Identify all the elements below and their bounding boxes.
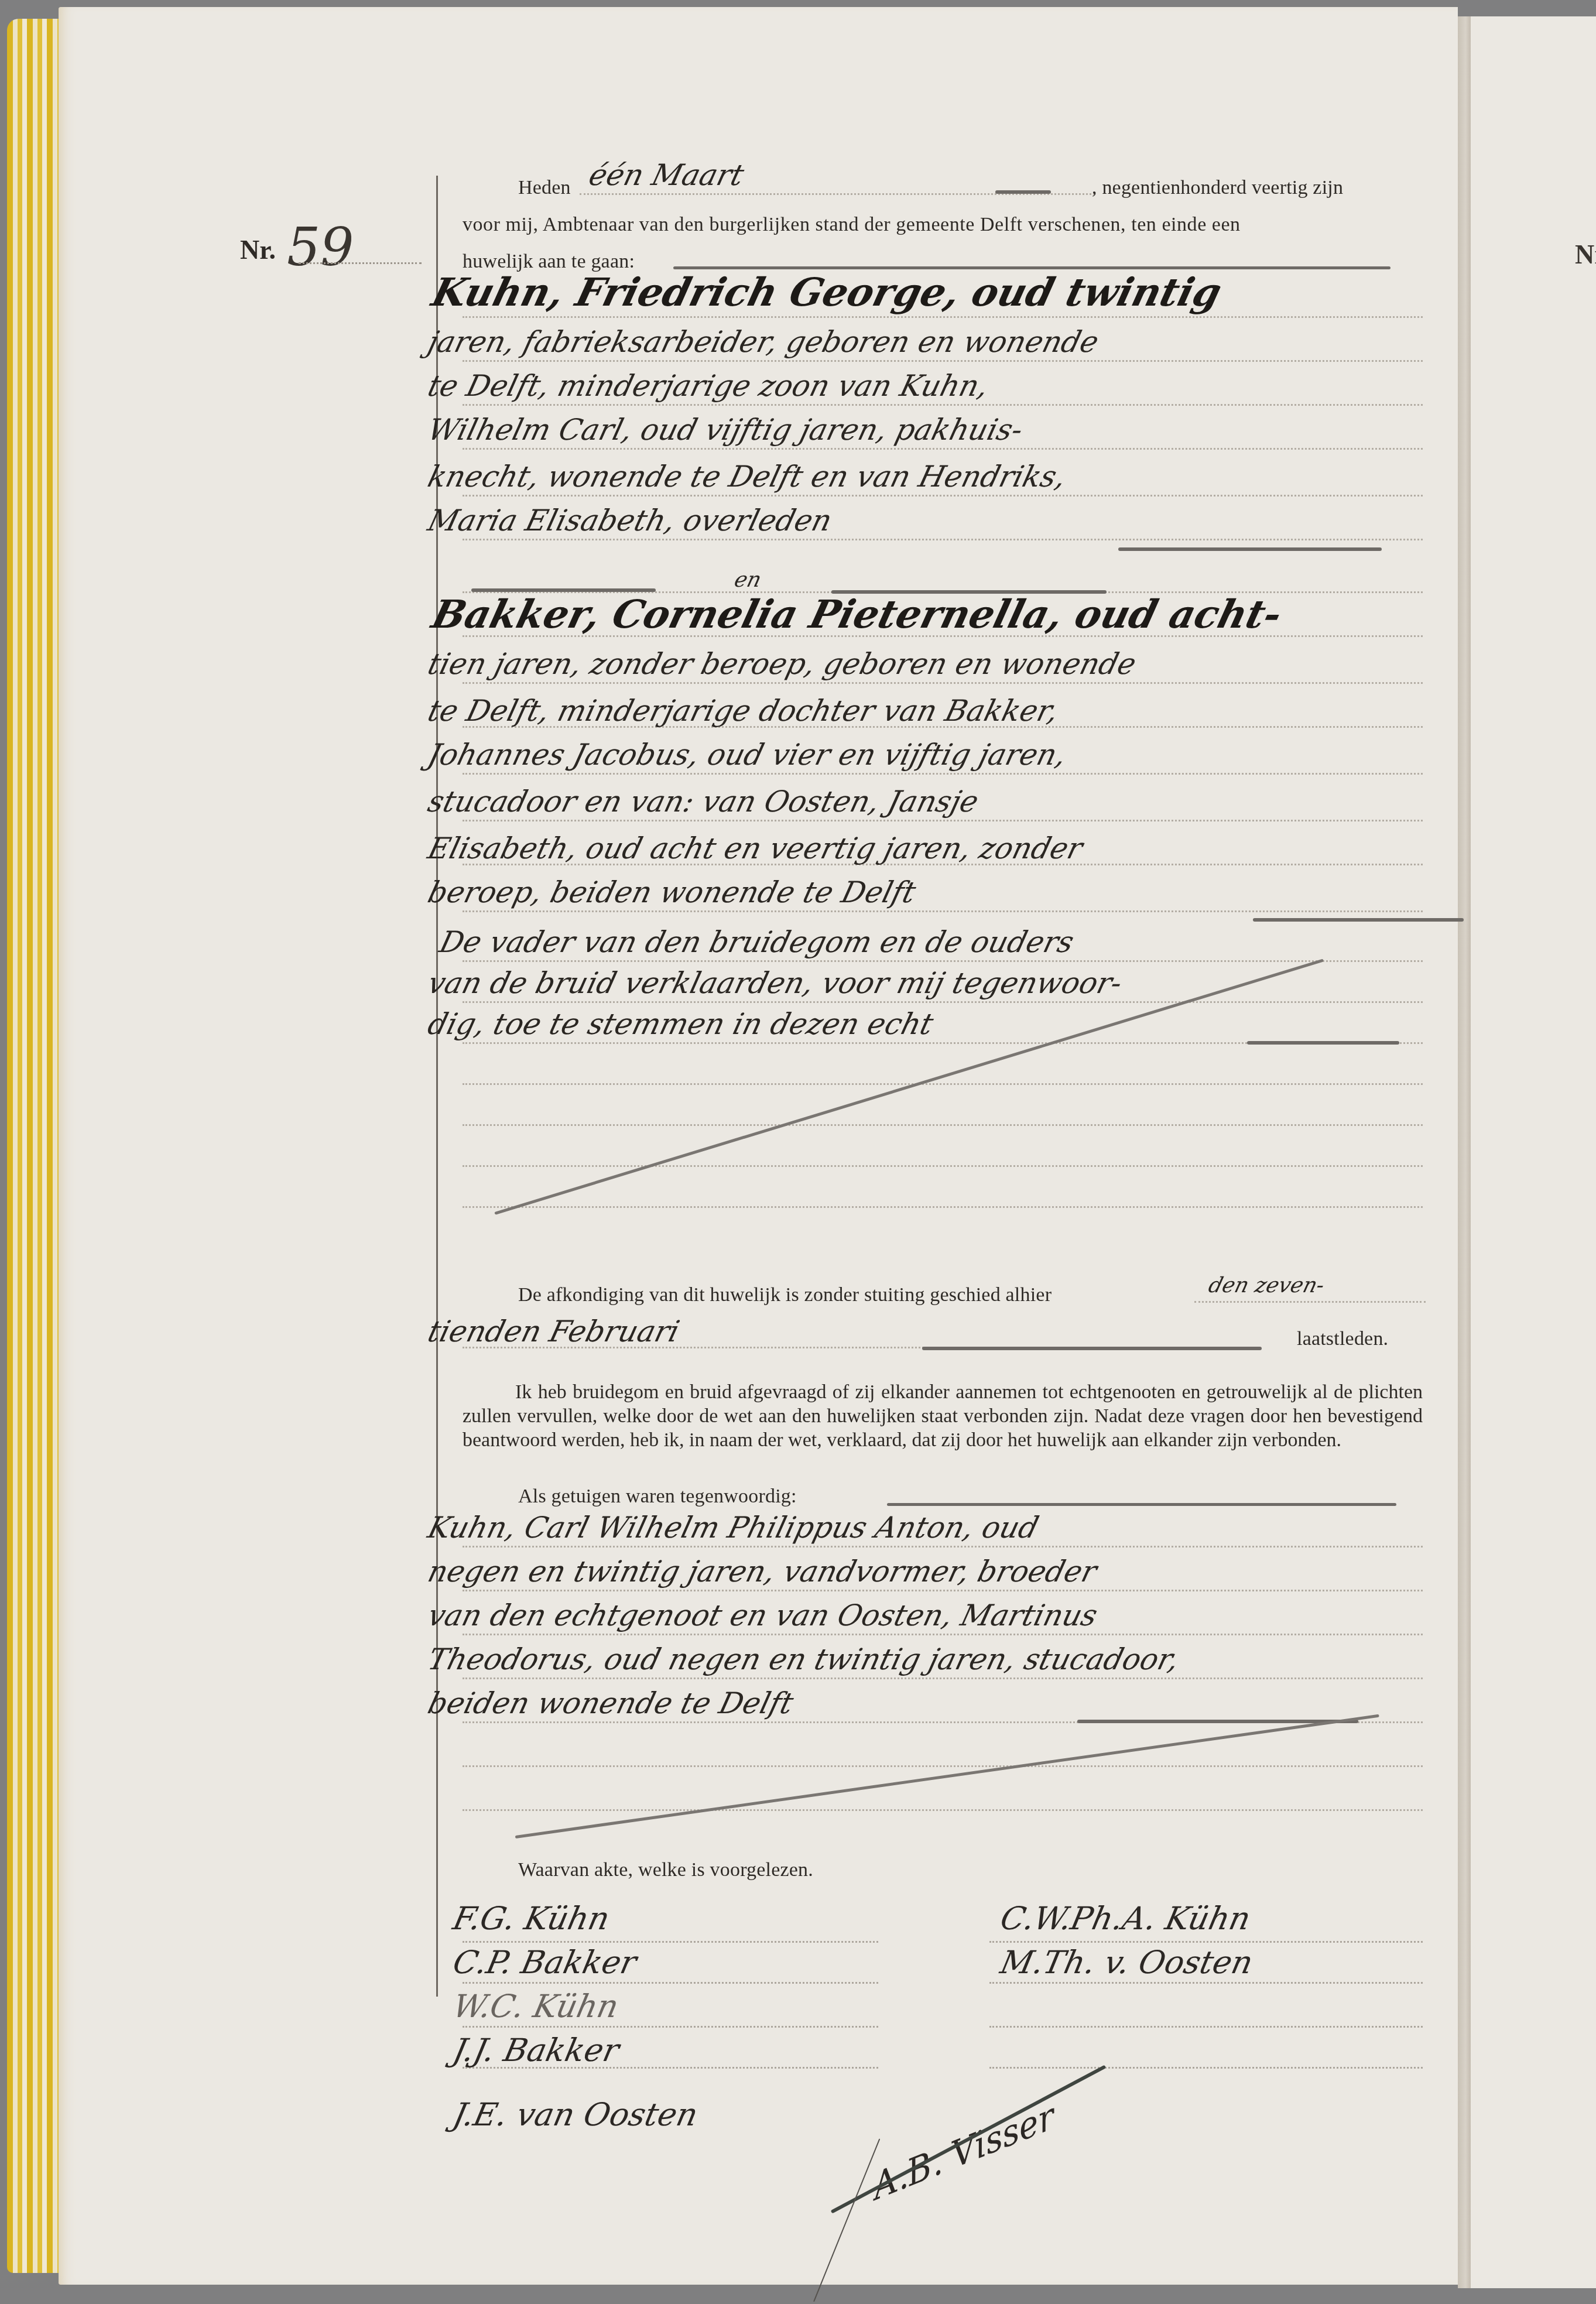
record-number-label: Nr. [240, 234, 276, 265]
year-text: , negentienhonderd veertig zijn [1092, 177, 1343, 199]
consent-line-1: De vader van den bruidegom en de ouders [436, 925, 1077, 959]
bride-line-7: beroep, beiden wonende te Delft [424, 875, 919, 909]
bride-line-5: stucadoor en van: van Oosten, Jansje [424, 785, 982, 819]
ruled-line [463, 820, 1423, 821]
fill-dash [1253, 918, 1464, 922]
ruled-line [463, 1590, 1423, 1591]
bride-line-3: te Delft, minderjarige dochter van Bakke… [424, 694, 1062, 728]
ruled-line [463, 1546, 1423, 1548]
ruled-line [463, 1124, 1423, 1126]
ruled-line [463, 1083, 1423, 1085]
ruled-line [463, 682, 1423, 684]
ruled-line [463, 404, 1423, 406]
bride-line-6: Elisabeth, oud acht en veertig jaren, zo… [424, 831, 1086, 865]
header-line-2: voor mij, Ambtenaar van den burgerlijken… [463, 214, 1241, 236]
fill-dash [887, 1503, 1396, 1506]
groom-line-2: jaren, fabrieksarbeider, geboren en wone… [424, 325, 1102, 359]
signature-bride-mother: J.E. van Oosten [450, 2096, 701, 2133]
signature-witness-1: C.W.Ph.A. Kühn [997, 1900, 1253, 1937]
margin-rule [436, 176, 438, 1997]
book-gutter [1458, 16, 1471, 2288]
declaration-paragraph: Ik heb bruidegom en bruid afgevraagd of … [463, 1380, 1423, 1452]
announcement-date-2: tienden Februari [424, 1314, 683, 1348]
ruled-line [463, 1634, 1423, 1635]
ruled-line [463, 448, 1423, 450]
ruled-line [463, 1347, 931, 1348]
bride-line-2: tien jaren, zonder beroep, geboren en wo… [424, 647, 1140, 681]
signature-line [463, 1982, 878, 1984]
announcement-suffix: laatstleden. [1297, 1328, 1388, 1350]
witness-line-4: Theodorus, oud negen en twintig jaren, s… [424, 1642, 1183, 1676]
bride-line-4: Johannes Jacobus, oud vier en vijftig ja… [424, 738, 1070, 772]
record-number-value: 59 [287, 217, 354, 278]
closing-text: Waarvan akte, welke is voorgelezen. [518, 1859, 813, 1881]
facing-page [1471, 16, 1596, 2288]
ruled-line [463, 1809, 1423, 1811]
witness-line-1: Kuhn, Carl Wilhelm Philippus Anton, oud [424, 1511, 1042, 1545]
signature-line [989, 1941, 1423, 1943]
date-handwritten: één Maart [585, 158, 748, 192]
ruled-line [463, 1165, 1423, 1167]
signature-groom-father: W.C. Kühn [450, 1988, 622, 2025]
record-number-dotline [299, 262, 422, 264]
heden-label: Heden [518, 177, 571, 199]
signature-line [463, 1941, 878, 1943]
fill-dash [1118, 547, 1382, 551]
witness-line-2: negen en twintig jaren, vandvormer, broe… [424, 1555, 1100, 1589]
groom-line-3: te Delft, minderjarige zoon van Kuhn, [424, 369, 992, 403]
witness-line-5: beiden wonende te Delft [424, 1686, 797, 1720]
groom-line-1: Kuhn, Friedrich George, oud twintig [427, 269, 1226, 315]
facing-page-nr-label: Nr [1575, 239, 1596, 270]
consent-line-3: dig, toe te stemmen in dezen echt [424, 1007, 937, 1041]
bride-line-1: Bakker, Cornelia Pieternella, oud acht- [427, 591, 1286, 637]
signature-line [463, 2026, 878, 2028]
ruled-line [463, 539, 1423, 540]
fill-dash [995, 190, 1051, 194]
ruled-line [463, 316, 1423, 318]
witnesses-label: Als getuigen waren tegenwoordig: [518, 1485, 797, 1508]
signature-line [989, 1982, 1423, 1984]
ruled-line [463, 360, 1423, 362]
groom-line-4: Wilhelm Carl, oud vijftig jaren, pakhuis… [424, 413, 1026, 447]
witness-line-3: van den echtgenoot en van Oosten, Martin… [424, 1598, 1101, 1632]
ruled-line [463, 1677, 1423, 1679]
announcement-date-1: den zeven- [1206, 1273, 1327, 1298]
signature-line [989, 2026, 1423, 2028]
signature-line [989, 2067, 1423, 2069]
groom-line-5: knecht, wonende te Delft en van Hendriks… [424, 460, 1070, 494]
fill-dash [1247, 1041, 1399, 1045]
gilt-page-edges [7, 19, 60, 2273]
ruled-line [463, 910, 1423, 912]
signature-bride-father: J.J. Bakker [450, 2032, 622, 2069]
consent-line-2: van de bruid verklaarden, voor mij tegen… [424, 966, 1126, 1000]
ruled-line [463, 773, 1423, 775]
ruled-line [1194, 1301, 1426, 1303]
ruled-line [463, 495, 1423, 497]
ruled-line [463, 1765, 1423, 1767]
signature-witness-2: M.Th. v. Oosten [997, 1944, 1256, 1981]
ruled-line [463, 960, 1423, 962]
fill-dash [922, 1347, 1262, 1350]
signature-bride: C.P. Bakker [450, 1944, 640, 1981]
groom-line-6: Maria Elisabeth, overleden [424, 504, 835, 538]
ruled-line [463, 1206, 1423, 1208]
signature-groom: F.G. Kühn [450, 1900, 613, 1937]
announcement-text: De afkondiging van dit huwelijk is zonde… [518, 1284, 1052, 1306]
ruled-line [463, 1001, 1423, 1003]
